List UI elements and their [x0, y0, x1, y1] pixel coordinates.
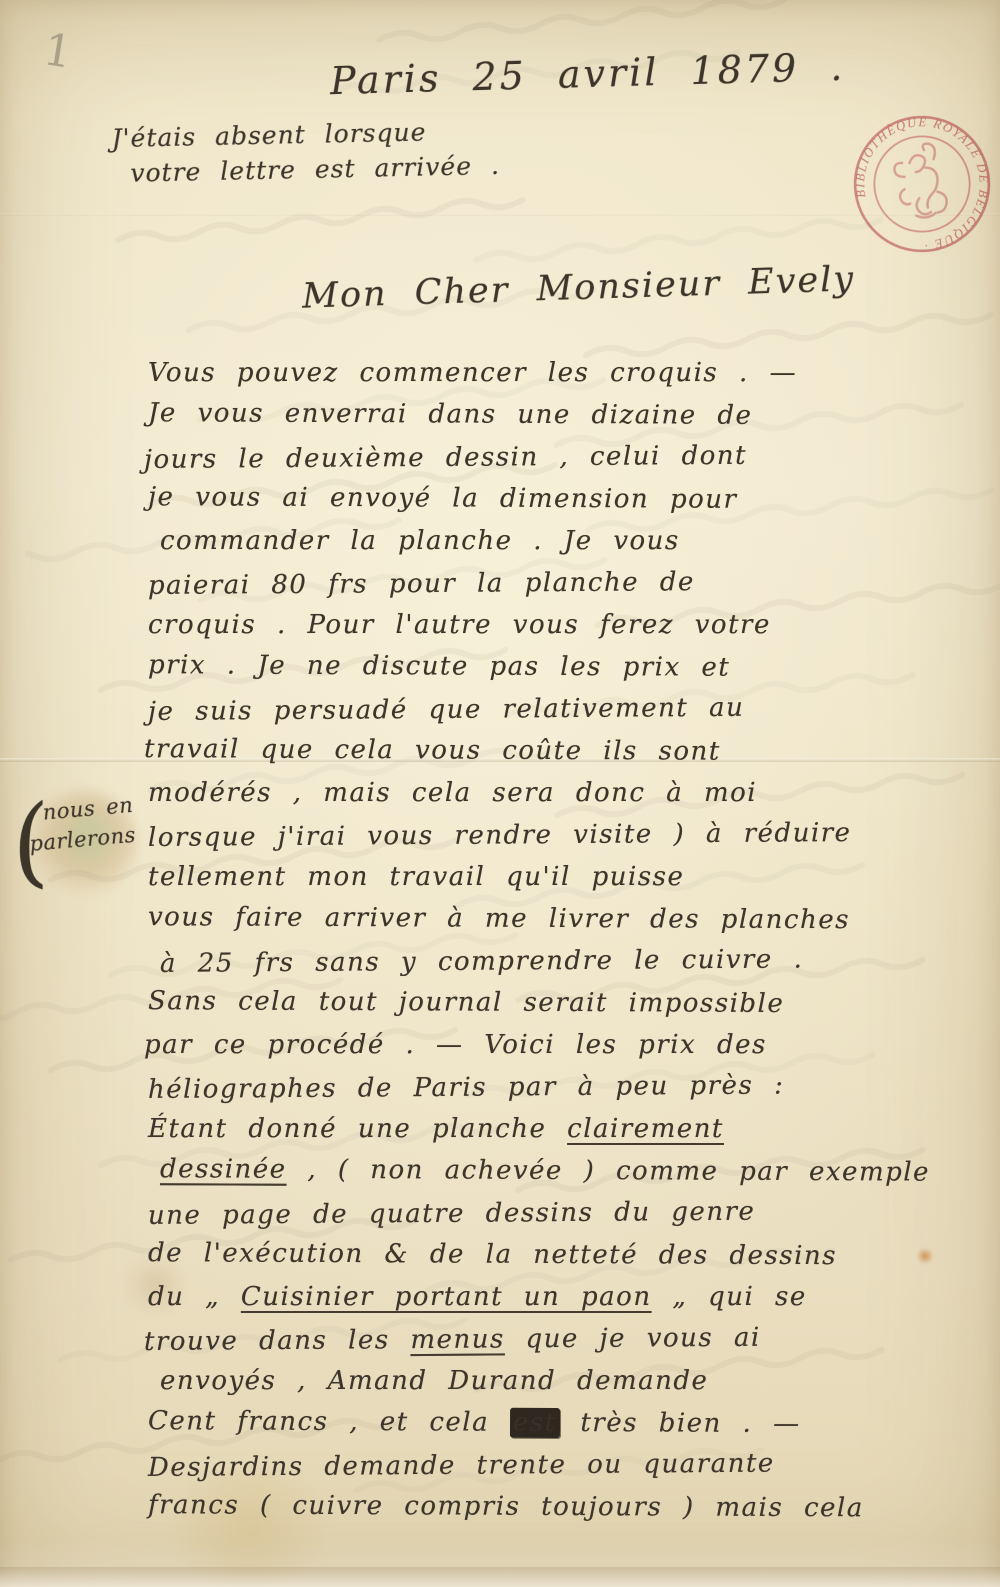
letter-line: à 25 frs sans y comprendre le cuivre .: [160, 943, 988, 991]
letter-text: à 25 frs sans y comprendre le cuivre .: [160, 944, 804, 978]
underlined-word: menus: [410, 1324, 505, 1355]
pencil-mark: 1: [40, 24, 76, 79]
letter-text: francs ( cuivre compris toujours ) mais …: [148, 1490, 864, 1523]
underlined-word: Cuisinier portant un paon: [241, 1282, 652, 1312]
letter-line: travail que cela vous coûte ils sont: [144, 734, 988, 780]
letter-text: prix . Je ne discute pas les prix et: [148, 650, 730, 683]
letter-text: une page de quatre dessins du genre: [148, 1197, 756, 1231]
letter-line: Sans cela tout journal serait impossible: [148, 986, 988, 1032]
letter-line: envoyés , Amand Durand demande: [160, 1366, 988, 1408]
letter-line: Je vous enverrai dans une dizaine de: [148, 398, 988, 444]
letter-line: commander la planche . Je vous: [160, 526, 988, 568]
letter-text: tellement mon travail qu'il puisse: [148, 862, 684, 892]
letter-text: vous faire arriver à me livrer des planc…: [148, 902, 850, 935]
margin-note: ( nous en parlerons: [12, 790, 137, 860]
letter-text: lorsque j'irai vous rendre visite ) à ré…: [148, 818, 852, 853]
letter-text: commander la planche . Je vous: [160, 526, 680, 556]
letter-text: très bien . —: [560, 1408, 801, 1439]
letter-text: par ce procédé . — Voici les prix des: [144, 1030, 767, 1060]
letter-text: Desjardins demande trente ou quarante: [148, 1449, 775, 1483]
paper-bottom-edge: [0, 1567, 1000, 1587]
letter-text: travail que cela vous coûte ils sont: [144, 734, 721, 767]
letter-line: Vous pouvez commencer les croquis . —: [148, 358, 988, 400]
letter-line: modérés , mais cela sera donc à moi: [148, 778, 988, 820]
letter-line: Cent francs , et cela est très bien . —: [148, 1406, 988, 1452]
letter-line: une page de quatre dessins du genre: [148, 1195, 988, 1243]
letter-line: de l'exécution & de la netteté des dessi…: [148, 1238, 988, 1284]
letter-line: jours le deuxième dessin , celui dont: [144, 439, 988, 487]
letter-line: du „ Cuisinier portant un paon „ qui se: [148, 1282, 988, 1324]
letter-line: prix . Je ne discute pas les prix et: [148, 650, 988, 696]
letter-line: trouve dans les menus que je vous ai: [144, 1321, 988, 1369]
letter-line: Desjardins demande trente ou quarante: [148, 1447, 988, 1495]
letter-line: francs ( cuivre compris toujours ) mais …: [148, 1490, 988, 1536]
stamp-text: BIBLIOTHÈQUE ROYALE DE BELGIQUE ·: [838, 100, 1000, 267]
letter-page: 1 BIBLIOTHÈQUE ROYALE DE BELGIQUE · Pari…: [0, 0, 1000, 1587]
letter-line: vous faire arriver à me livrer des planc…: [148, 902, 988, 948]
letter-text: jours le deuxième dessin , celui dont: [144, 441, 747, 475]
body-lines: Vous pouvez commencer les croquis . —Je …: [148, 358, 988, 1534]
letter-line: je vous ai envoyé la dimension pour: [148, 482, 988, 528]
letter-text: héliographes de Paris par à peu près :: [148, 1070, 785, 1104]
letter-text: de l'exécution & de la netteté des dessi…: [148, 1238, 837, 1271]
letter-text: modérés , mais cela sera donc à moi: [148, 778, 757, 808]
letter-text: Vous pouvez commencer les croquis . —: [148, 358, 797, 388]
letter-text: que je vous ai: [505, 1323, 761, 1355]
letter-text: Sans cela tout journal serait impossible: [148, 986, 784, 1019]
underlined-word: clairement: [567, 1114, 724, 1144]
letter-text: , ( non achevée ) comme par exemple: [287, 1155, 931, 1188]
letter-text: Cent francs , et cela: [148, 1406, 510, 1438]
letter-text: „ qui se: [652, 1282, 807, 1312]
letter-line: tellement mon travail qu'il puisse: [148, 862, 988, 904]
letter-text: paierai 80 frs pour la planche de: [148, 567, 695, 601]
fold-crease-top: [0, 213, 1000, 216]
letter-line: lorsque j'irai vous rendre visite ) à ré…: [148, 817, 988, 865]
struck-word: est: [510, 1408, 560, 1438]
letter-text: Je vous enverrai dans une dizaine de: [148, 398, 753, 431]
letter-text: envoyés , Amand Durand demande: [160, 1366, 708, 1396]
letter-text: Étant donné une planche: [148, 1114, 567, 1144]
letter-line: Étant donné une planche clairement: [148, 1114, 988, 1156]
letter-line: je suis persuadé que relativement au: [148, 691, 988, 739]
letter-line: par ce procédé . — Voici les prix des: [144, 1030, 988, 1072]
letter-text: trouve dans les: [144, 1325, 411, 1357]
letter-line: croquis . Pour l'autre vous ferez votre: [148, 610, 988, 652]
letter-text: je vous ai envoyé la dimension pour: [148, 482, 738, 515]
letter-line: paierai 80 frs pour la planche de: [148, 565, 988, 613]
underlined-word: dessinée: [160, 1154, 287, 1185]
letter-text: je suis persuadé que relativement au: [148, 693, 745, 727]
letter-line: dessinée , ( non achevée ) comme par exe…: [160, 1154, 988, 1200]
letter-text: croquis . Pour l'autre vous ferez votre: [148, 610, 771, 640]
letter-line: héliographes de Paris par à peu près :: [148, 1069, 988, 1117]
letter-text: du „: [148, 1282, 241, 1312]
opening-note: J'étais absent lorsque votre lettre est …: [111, 116, 500, 188]
stamp-lion-icon: [889, 142, 950, 223]
